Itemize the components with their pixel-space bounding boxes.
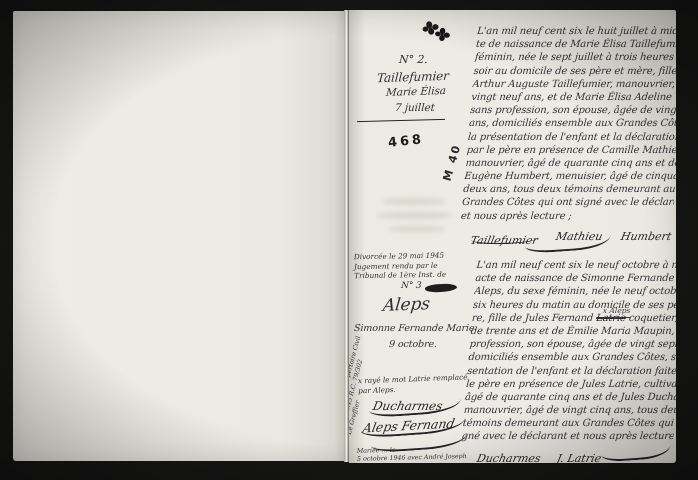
margin-divider-line: [357, 119, 445, 122]
act2-divorce-note: Divorcée le 29 mai 1945 Jugement rendu p…: [354, 250, 494, 281]
act1-text: L'an mil neuf cent six le huit juillet à…: [460, 25, 676, 223]
right-register-page: N° 2. Taillefumier Marie Élisa 7 juillet…: [349, 10, 676, 463]
bleed-through-mark: [377, 212, 451, 219]
act2-text: L'an mil neuf cent six le neuf octobre à…: [461, 259, 676, 444]
inserted-word: x Aleps: [602, 304, 631, 318]
act1-margin-surname: Taillefumier: [377, 69, 450, 86]
act2-margin-surname: Aleps: [382, 294, 431, 316]
folio-number-stamp: 468: [387, 132, 425, 151]
quatrefoil-stamp-icon: [421, 19, 453, 49]
act2-margin-number: N° 3: [401, 281, 422, 291]
signature: Ducharmes: [476, 452, 542, 463]
act1-margin-number: N° 2.: [399, 53, 429, 66]
bleed-through-mark: [389, 226, 444, 232]
signature: J. Latrie: [555, 452, 602, 463]
signature: Humbert: [619, 230, 672, 243]
ink-blot: [425, 283, 457, 293]
left-blank-page: [13, 11, 345, 461]
margin-side-code: M 40: [441, 142, 464, 182]
bleed-through-mark: [383, 198, 445, 205]
act1-margin-date: 7 juillet: [395, 102, 435, 114]
act2-corrected-line: re, fille de Jules Fernand Latriex Aleps…: [471, 312, 676, 325]
register-scan: N° 2. Taillefumier Marie Élisa 7 juillet…: [0, 0, 698, 480]
act2-margin-date: 9 octobre.: [389, 339, 438, 350]
act1-margin-given-names: Marie Élisa: [386, 85, 447, 99]
